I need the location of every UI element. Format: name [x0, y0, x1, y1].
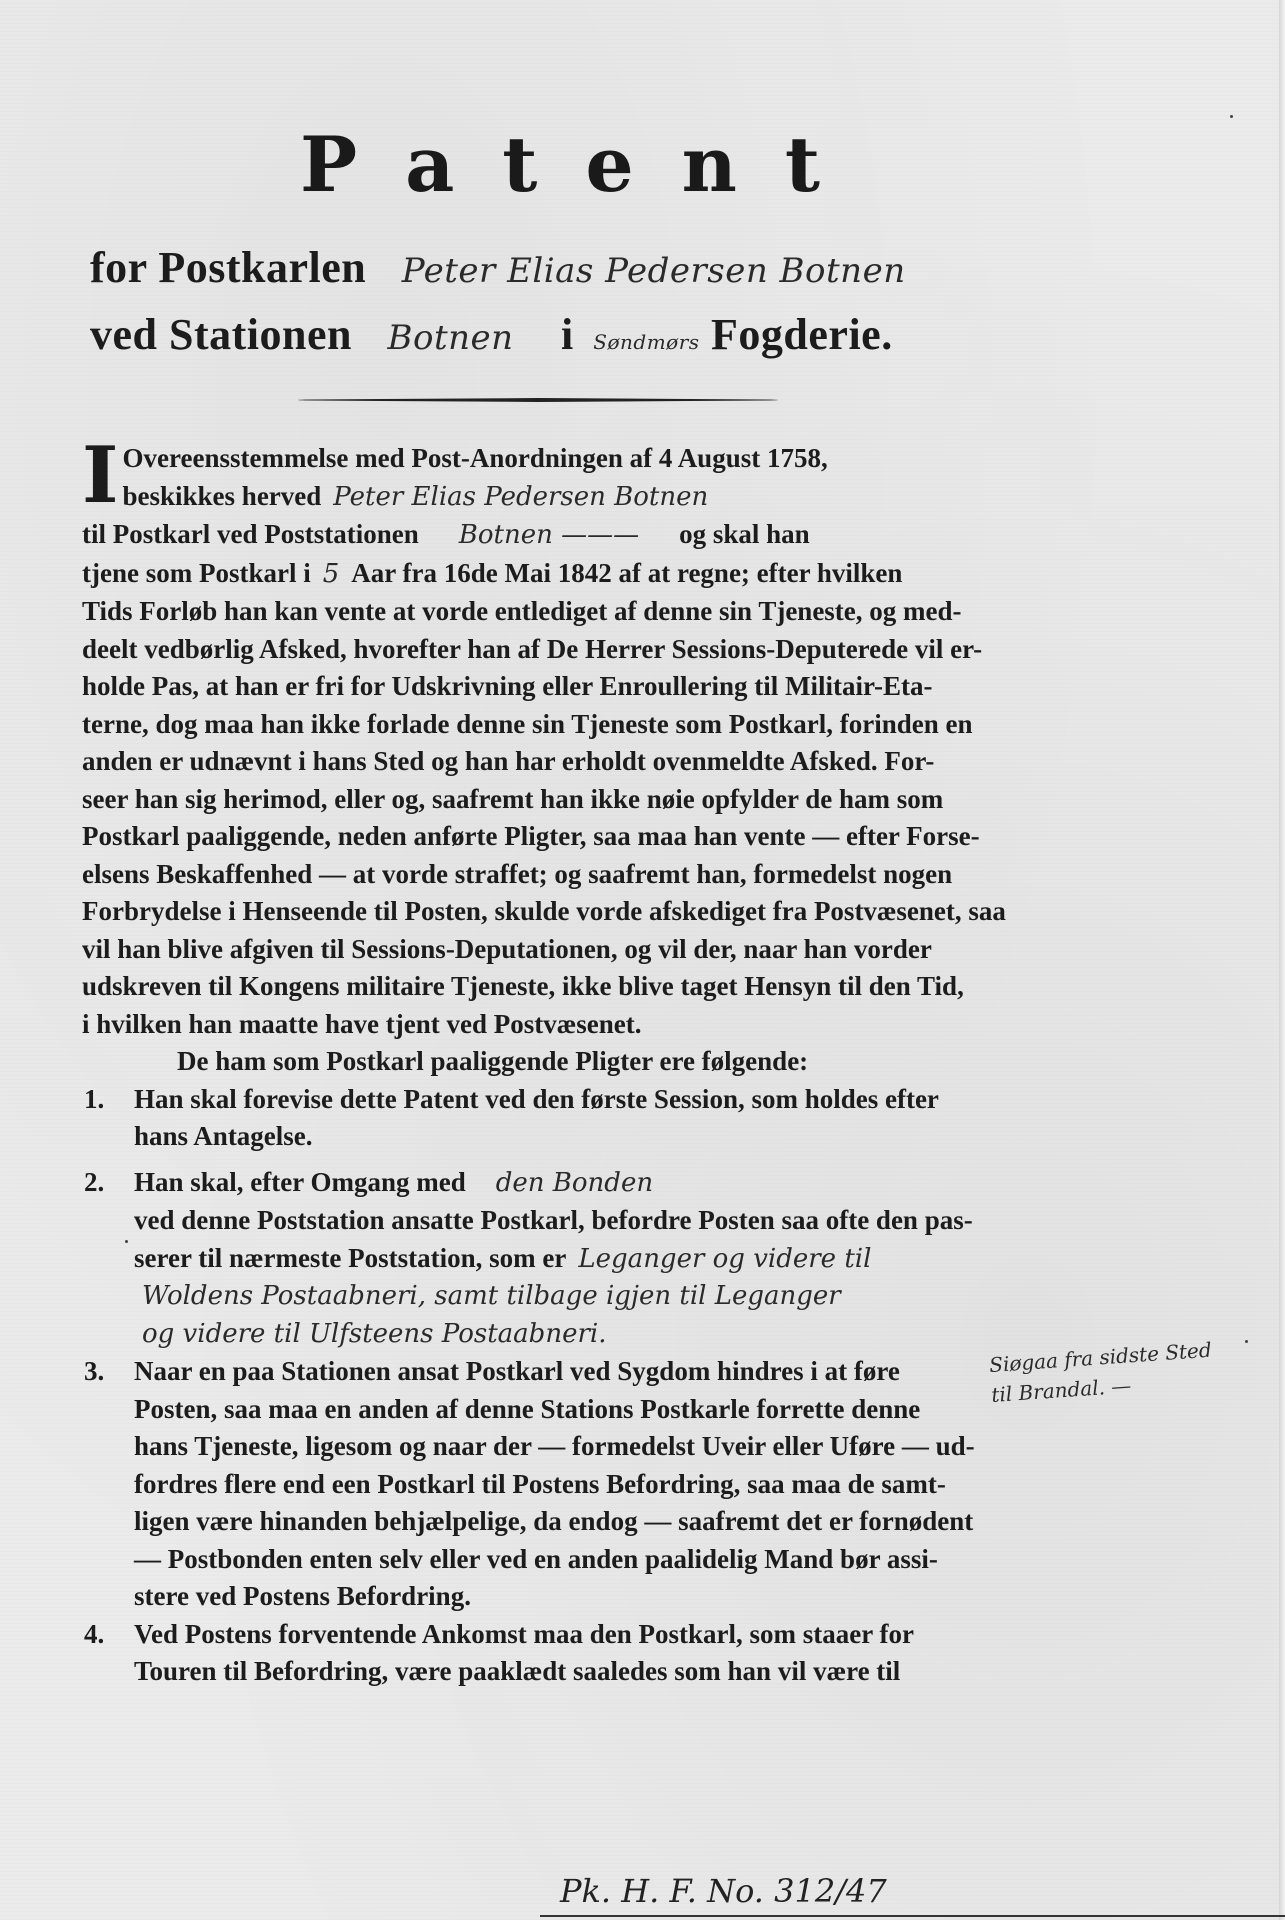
header-text: Fogderie.	[711, 310, 893, 359]
title-letter: t	[502, 120, 537, 210]
body-line: tjene som Postkarl i5Aar fra 16de Mai 18…	[82, 555, 992, 594]
duty-item-1: 1.Han skal forevise dette Patent ved den…	[82, 1081, 992, 1119]
item-number: 3.	[84, 1353, 134, 1391]
duty-item-4: 4.Ved Postens forventende Ankomst maa de…	[82, 1616, 992, 1654]
body-line: deelt vedbørlig Afsked, hvorefter han af…	[82, 631, 992, 669]
duty-item-3-cont: stere ved Postens Befordring.	[82, 1578, 992, 1616]
body-line: elsens Beskaffenhed — at vorde straffet;…	[82, 856, 992, 894]
handwritten-margin-note: Siøgaa fra sidste Sted til Brandal. —	[988, 1330, 1281, 1410]
duty-item-2-cont: serer til nærmeste Poststation, som erLe…	[82, 1240, 992, 1279]
drop-cap: I	[82, 444, 119, 508]
handwritten-entry: Leganger og videre til	[578, 1244, 871, 1274]
body-line: Postkarl paaliggende, neden anførte Plig…	[82, 818, 992, 856]
item-number: 4.	[84, 1616, 134, 1654]
duty-item-3-cont: fordres flere end een Postkarl til Poste…	[82, 1466, 992, 1504]
archive-reference: Pk. H. F. No. 312/47	[560, 1872, 887, 1910]
title-letter: P	[300, 120, 357, 210]
body-line: udskreven til Kongens militaire Tjeneste…	[82, 968, 992, 1006]
body-line: i hvilken han maatte have tjent ved Post…	[82, 1006, 992, 1044]
body-line: vil han blive afgiven til Sessions-Deput…	[82, 931, 992, 969]
duty-item-1-cont: hans Antagelse.	[82, 1118, 992, 1156]
body-line: terne, dog maa han ikke forlade denne si…	[82, 706, 992, 744]
duty-item-3-cont: hans Tjeneste, ligesom og naar der — for…	[82, 1428, 992, 1466]
title-letter: e	[585, 120, 633, 210]
handwritten-station: Botnen	[387, 318, 513, 358]
handwritten-name: Peter Elias Pedersen Botnen	[333, 482, 708, 512]
body-line: Overeensstemmelse med Post-Anordningen a…	[82, 440, 992, 478]
header-label: for Postkarlen	[90, 243, 366, 292]
paper-speck	[1230, 115, 1233, 118]
body-line: til Postkarl ved PoststationenBotnen ———…	[82, 516, 992, 555]
body-line: Forbrydelse i Henseende til Posten, skul…	[82, 893, 992, 931]
item-number: 2.	[84, 1164, 134, 1202]
document-title: P a t e n t	[300, 120, 820, 210]
duty-item-3-cont: — Postbonden enten selv eller ved en and…	[82, 1541, 992, 1579]
handwritten-name: Peter Elias Pedersen Botnen	[402, 251, 906, 291]
title-letter: a	[405, 120, 454, 210]
handwritten-district: Søndmørs	[593, 330, 699, 354]
title-letter: t	[785, 120, 820, 210]
bottom-edge-line	[540, 1915, 1285, 1917]
header-text: i	[561, 310, 574, 359]
body-line: holde Pas, at han er fri for Udskrivning…	[82, 668, 992, 706]
header-postkarl-line: for Postkarlen Peter Elias Pedersen Botn…	[90, 238, 906, 301]
title-letter: n	[682, 120, 737, 210]
handwritten-station: Botnen ———	[459, 520, 639, 550]
duty-item-3: 3.Naar en paa Stationen ansat Postkarl v…	[82, 1353, 992, 1391]
duty-item-3-cont: Posten, saa maa en anden af denne Statio…	[82, 1391, 992, 1429]
handwritten-route-line: og videre til Ulfsteens Postaabneri.	[82, 1316, 992, 1354]
body-line: Tids Forløb han kan vente at vorde entle…	[82, 593, 992, 631]
body-line: anden er udnævnt i hans Sted og han har …	[82, 743, 992, 781]
body-line: seer han sig herimod, eller og, saafremt…	[82, 781, 992, 819]
body-line: beskikkes hervedPeter Elias Pedersen Bot…	[82, 478, 992, 517]
item-number: 1.	[84, 1081, 134, 1119]
header-station-line: ved Stationen Botnen i Søndmørs Fogderie…	[90, 305, 893, 372]
handwritten-entry: den Bonden	[496, 1168, 653, 1198]
duties-intro: De ham som Postkarl paaliggende Pligter …	[82, 1043, 992, 1081]
duty-item-3-cont: ligen være hinanden behjælpelige, da end…	[82, 1503, 992, 1541]
duty-item-4-cont: Touren til Befordring, være paaklædt saa…	[82, 1653, 992, 1691]
handwritten-years: 5	[323, 559, 340, 589]
handwritten-route-line: Woldens Postaabneri, samt tilbage igjen …	[82, 1278, 992, 1316]
patent-body: I Overeensstemmelse med Post-Anordningen…	[82, 440, 992, 1691]
duty-item-2: 2.Han skal, efter Omgang medden Bonden	[82, 1164, 992, 1203]
duty-item-2-cont: ved denne Poststation ansatte Postkarl, …	[82, 1202, 992, 1240]
page-edge	[1279, 0, 1285, 1920]
document-page: P a t e n t for Postkarlen Peter Elias P…	[0, 0, 1285, 1920]
ornamental-rule	[298, 398, 778, 402]
header-label: ved Stationen	[90, 310, 352, 359]
